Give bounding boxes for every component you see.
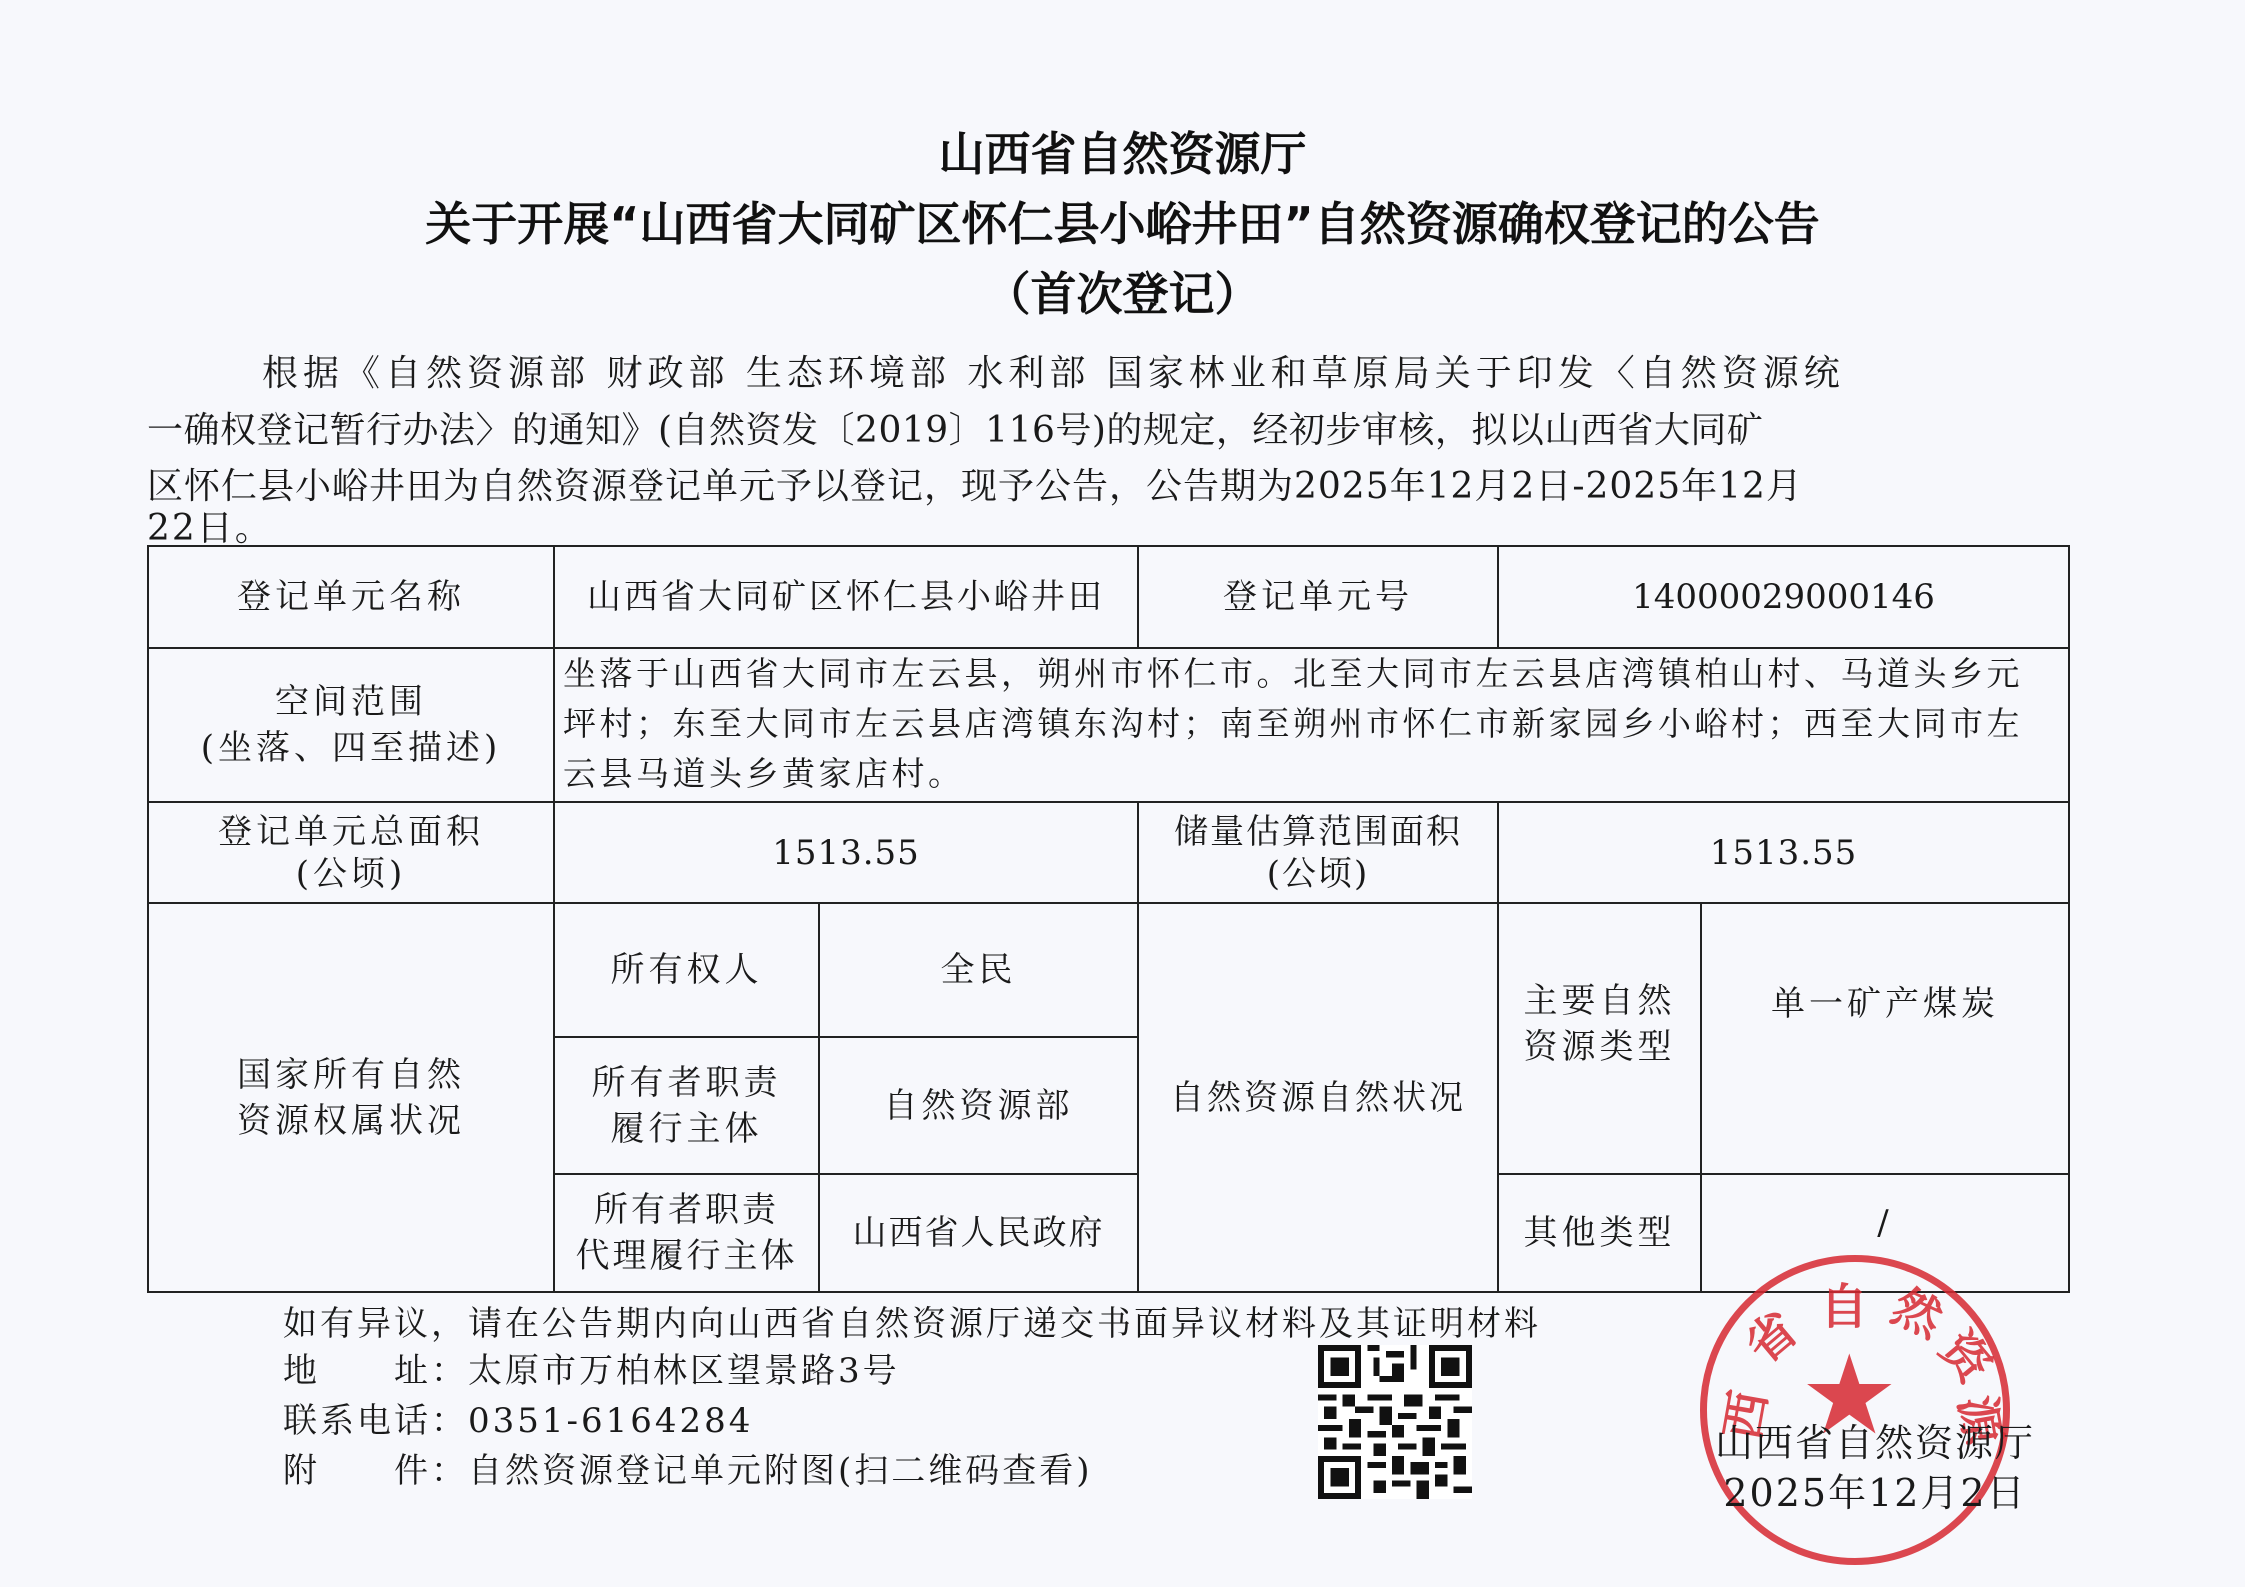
proxy-label-line-1: 所有者职责 xyxy=(594,1187,779,1233)
issuer-title: 山西省自然资源厅 xyxy=(0,118,2245,184)
space-label: 空间范围 (坐落、四至描述) xyxy=(149,649,553,801)
address-value: 太原市万柏林区望景路3号 xyxy=(468,1351,900,1391)
body-line-1: 根据《自然资源部 财政部 生态环境部 水利部 国家林业和草原局关于印发〈自然资源… xyxy=(262,345,1845,396)
total-area-label-line-2: (公顷) xyxy=(296,853,407,895)
seal-char: 自 xyxy=(1820,1268,1868,1337)
address-row: 地 址：太原市万柏林区望景路3号 xyxy=(283,1343,900,1392)
proxy-value: 山西省人民政府 xyxy=(820,1175,1137,1291)
owner-value: 全民 xyxy=(820,904,1137,1036)
phone-row: 联系电话：0351-6164284 xyxy=(283,1393,753,1442)
ownership-label: 国家所有自然 资源权属状况 xyxy=(149,904,553,1291)
owner-label: 所有权人 xyxy=(555,904,818,1036)
duty-label-line-1: 所有者职责 xyxy=(592,1060,782,1106)
attachment-value: 自然资源登记单元附图(扫二维码查看) xyxy=(468,1451,1093,1491)
main-type-label: 主要自然 资源类型 xyxy=(1499,904,1700,1173)
unit-name-label: 登记单元名称 xyxy=(149,547,553,647)
main-type-value: 单一矿产煤炭 xyxy=(1702,904,2068,1173)
reserve-area-label: 储量估算范围面积 (公顷) xyxy=(1139,803,1497,902)
body-line-4: 22日。 xyxy=(147,500,273,551)
objection-notice: 如有异议，请在公告期内向山西省自然资源厅递交书面异议材料及其证明材料 xyxy=(283,1296,1541,1345)
phone-label: 联系电话： xyxy=(283,1401,468,1441)
body-line-2: 一确权登记暂行办法〉的通知》(自然资发〔2019〕116号)的规定，经初步审核，… xyxy=(147,402,1763,453)
unit-no-value: 14000029000146 xyxy=(1499,547,2068,647)
space-value: 坐落于山西省大同市左云县，朔州市怀仁市。北至大同市左云县店湾镇柏山村、马道头乡元… xyxy=(555,649,2068,801)
space-value-line-3: 云县马道头乡黄家店村。 xyxy=(563,749,965,799)
reserve-area-label-line-2: (公顷) xyxy=(1267,853,1370,895)
duty-value: 自然资源部 xyxy=(820,1038,1137,1173)
total-area-value: 1513.55 xyxy=(555,803,1137,902)
space-label-line-1: 空间范围 xyxy=(275,679,427,725)
proxy-label: 所有者职责 代理履行主体 xyxy=(555,1175,818,1291)
signature-date: 2025年12月2日 xyxy=(1685,1462,2065,1517)
reserve-area-value: 1513.55 xyxy=(1499,803,2068,902)
other-type-label: 其他类型 xyxy=(1499,1175,1700,1291)
main-type-label-line-1: 主要自然 xyxy=(1524,978,1676,1024)
notice-title: 关于开展“山西省大同矿区怀仁县小峪井田”自然资源确权登记的公告 xyxy=(0,188,2245,254)
address-label: 地 址： xyxy=(283,1351,468,1391)
qr-code-icon[interactable] xyxy=(1318,1345,1472,1499)
unit-name-value: 山西省大同矿区怀仁县小峪井田 xyxy=(555,547,1137,647)
ownership-label-line-1: 国家所有自然 xyxy=(237,1052,465,1098)
attachment-row: 附 件：自然资源登记单元附图(扫二维码查看) xyxy=(283,1443,1093,1492)
main-type-label-line-2: 资源类型 xyxy=(1524,1024,1676,1070)
reserve-area-label-line-1: 储量估算范围面积 xyxy=(1174,811,1462,853)
proxy-label-line-2: 代理履行主体 xyxy=(576,1233,798,1279)
space-value-line-2: 坪村；东至大同市左云县店湾镇东沟村；南至朔州市怀仁市新家园乡小峪村；西至大同市左 xyxy=(563,699,2023,749)
notice-subtitle: （首次登记） xyxy=(0,258,2245,324)
natural-status-label: 自然资源自然状况 xyxy=(1139,904,1497,1291)
total-area-label: 登记单元总面积 (公顷) xyxy=(149,803,553,902)
body-line-3: 区怀仁县小峪井田为自然资源登记单元予以登记，现予公告，公告期为2025年12月2… xyxy=(147,458,1803,509)
signature-org: 山西省自然资源厅 xyxy=(1685,1412,2065,1467)
ownership-label-line-2: 资源权属状况 xyxy=(237,1098,465,1144)
unit-no-label: 登记单元号 xyxy=(1139,547,1497,647)
space-value-line-1: 坐落于山西省大同市左云县，朔州市怀仁市。北至大同市左云县店湾镇柏山村、马道头乡元 xyxy=(563,649,2023,699)
phone-value: 0351-6164284 xyxy=(468,1401,753,1441)
attachment-label: 附 件： xyxy=(283,1451,468,1491)
duty-label: 所有者职责 履行主体 xyxy=(555,1038,818,1173)
duty-label-line-2: 履行主体 xyxy=(611,1106,763,1152)
space-label-line-2: (坐落、四至描述) xyxy=(201,725,502,771)
total-area-label-line-1: 登记单元总面积 xyxy=(218,811,484,853)
